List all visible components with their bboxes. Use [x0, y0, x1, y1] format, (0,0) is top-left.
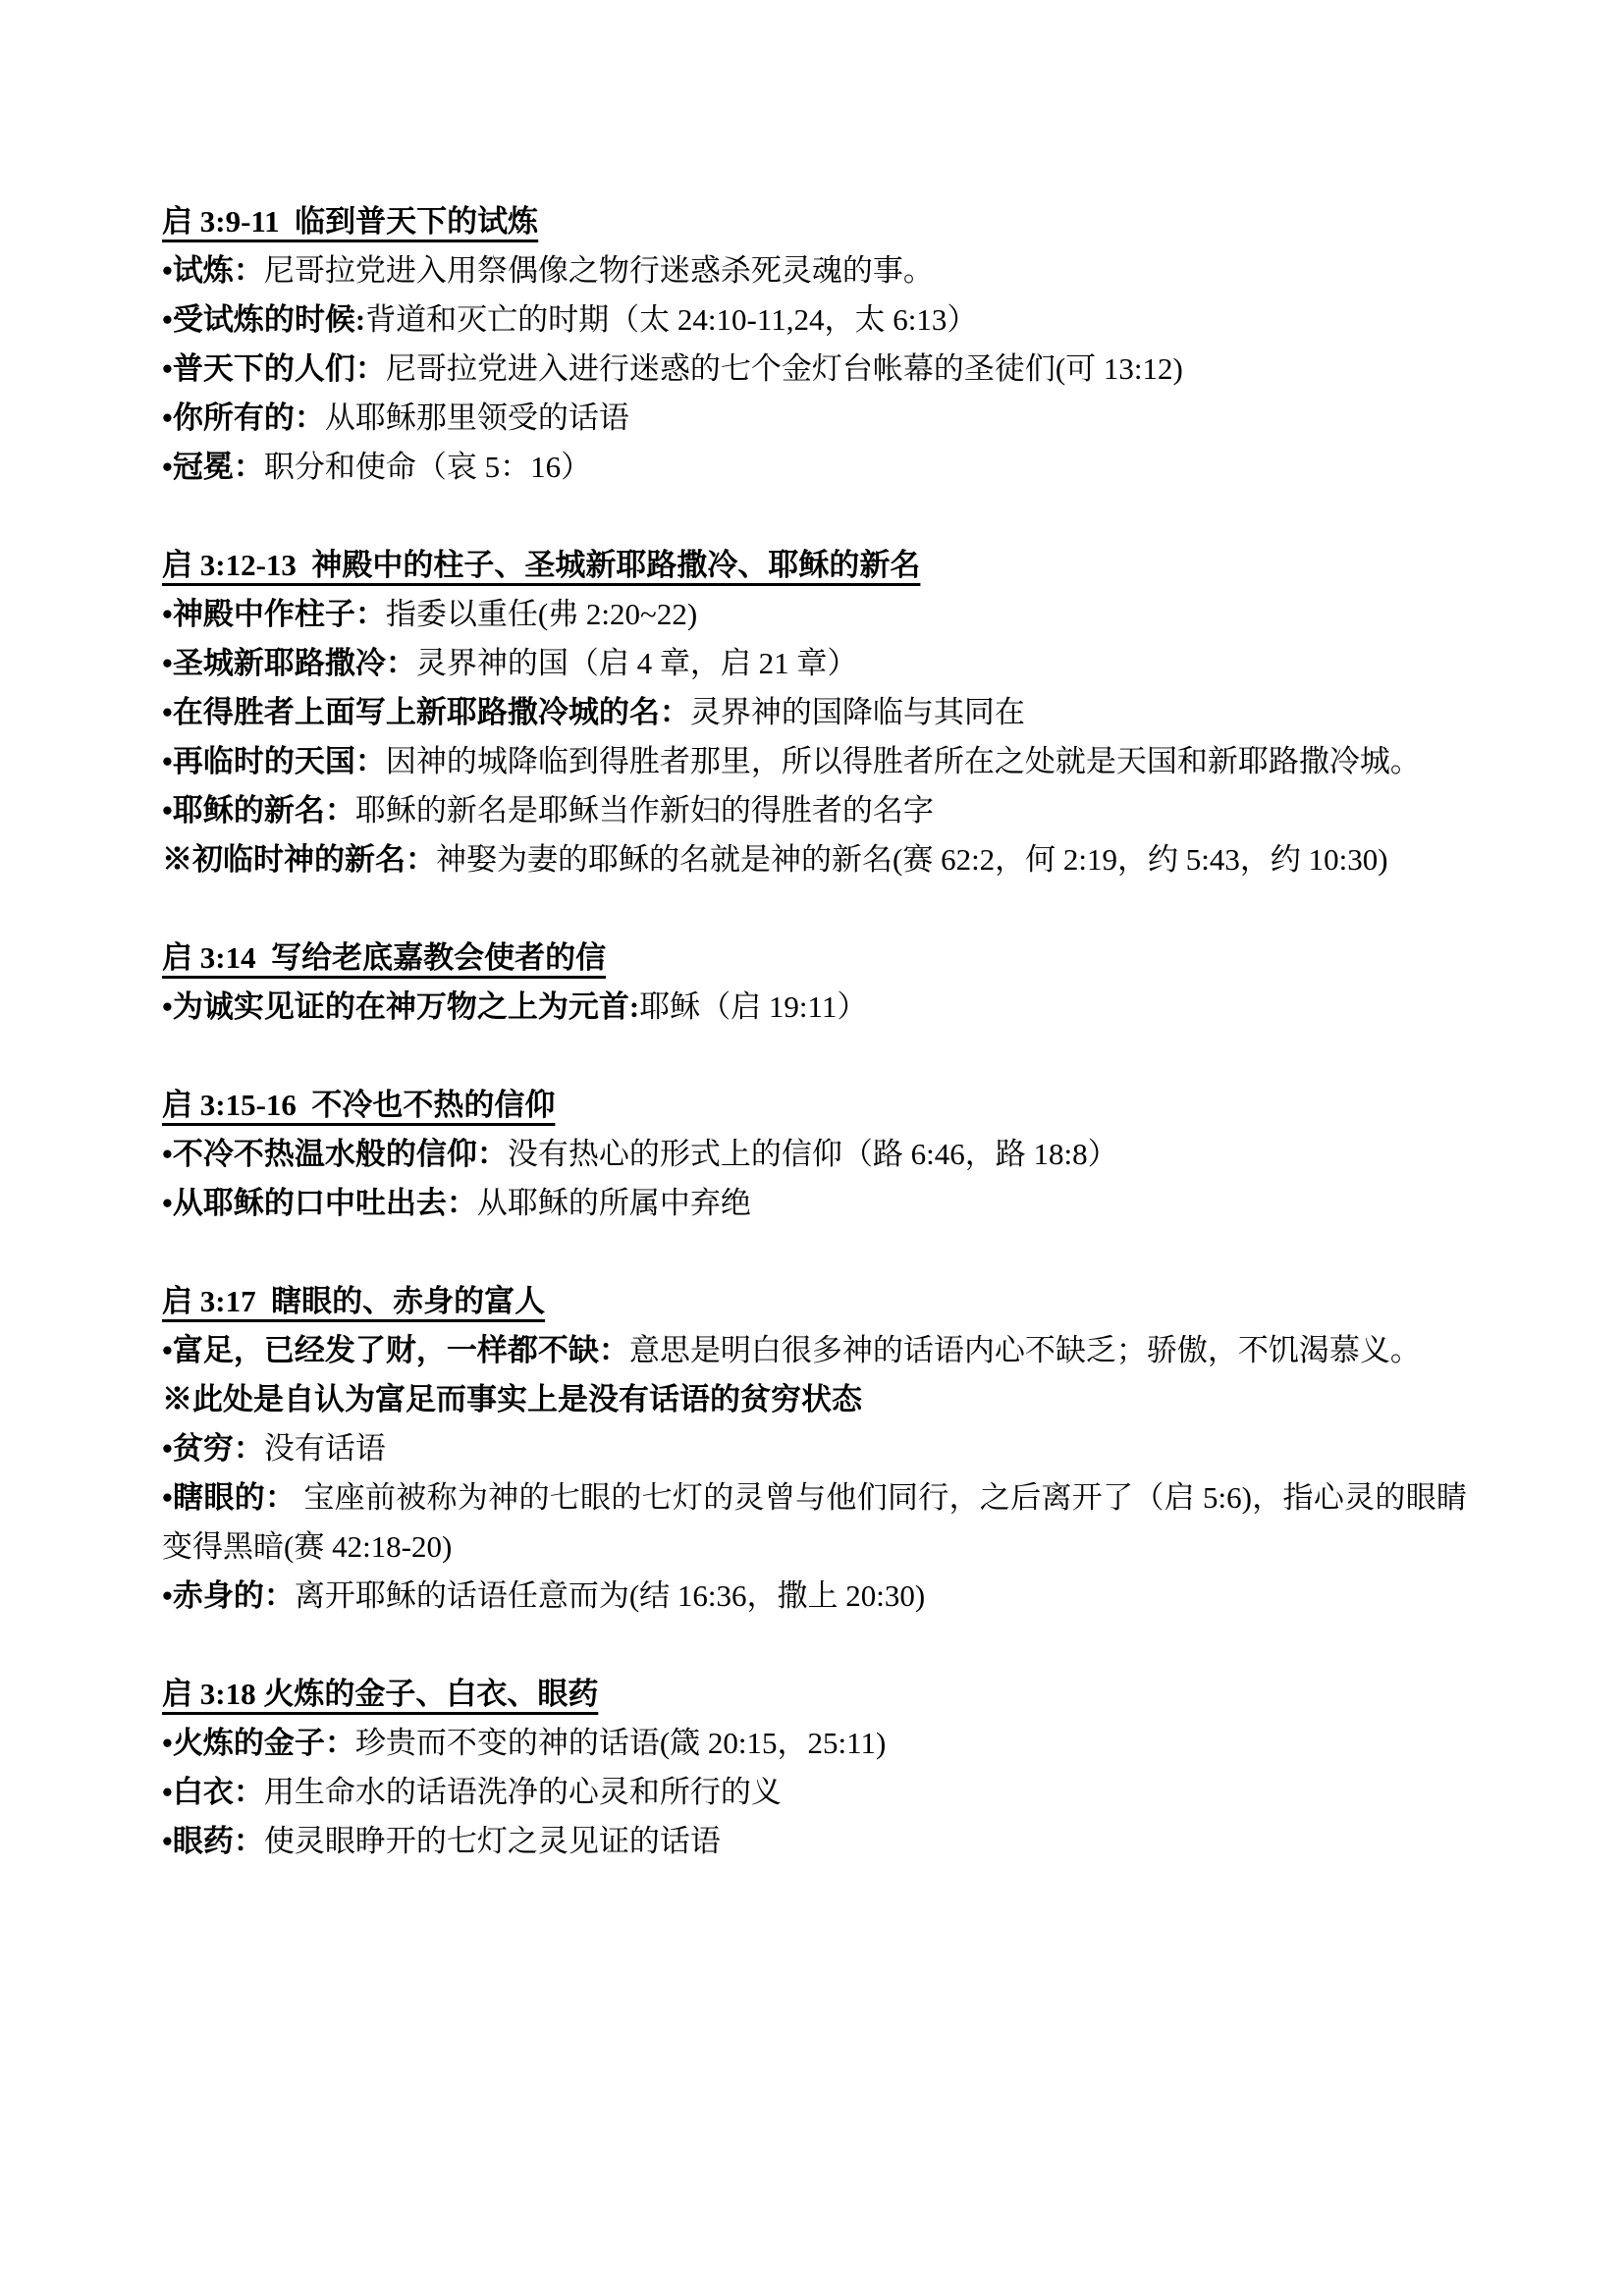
- bullet-line: •冠冕：职分和使命（哀 5：16）: [162, 443, 1467, 492]
- definition-text: 从耶稣那里领受的话语: [325, 400, 629, 435]
- term-label: ※此处是自认为富足而事实上是没有话语的贫穷状态: [162, 1382, 862, 1416]
- bullet-line: •眼药：使灵眼睁开的七灯之灵见证的话语: [162, 1817, 1467, 1866]
- definition-text: 灵界神的国降临与其同在: [690, 695, 1025, 729]
- definition-text: 尼哥拉党进入进行迷惑的七个金灯台帐幕的圣徒们(可 13:12): [386, 351, 1183, 386]
- note-line: ※此处是自认为富足而事实上是没有话语的贫穷状态: [162, 1375, 1467, 1424]
- term-label: •白衣：: [162, 1775, 264, 1809]
- bullet-line: •神殿中作柱子：指委以重任(弗 2:20~22): [162, 590, 1467, 639]
- definition-text: 背道和灭亡的时期（太 24:10-11,24，太 6:13）: [365, 302, 977, 337]
- definition-text: 意思是明白很多神的话语内心不缺乏；骄傲，不饥渴慕义。: [629, 1333, 1421, 1367]
- term-label: •为诚实见证的在神万物之上为元首:: [162, 989, 639, 1024]
- section-heading: 启 3:17 瞎眼的、赤身的富人: [162, 1277, 1467, 1326]
- term-label: •在得胜者上面写上新耶路撒冷城的名：: [162, 695, 690, 729]
- bullet-line: •火炼的金子：珍贵而不变的神的话语(箴 20:15，25:11): [162, 1719, 1467, 1768]
- term-label: •你所有的：: [162, 400, 325, 435]
- bullet-line: •试炼：尼哥拉党进入用祭偶像之物行迷惑杀死灵魂的事。: [162, 246, 1467, 295]
- scripture-section: 启 3:15-16 不冷也不热的信仰•不冷不热温水般的信仰：没有热心的形式上的信…: [162, 1081, 1467, 1228]
- term-label: •从耶稣的口中吐出去：: [162, 1186, 477, 1220]
- document-page: 启 3:9-11 临到普天下的试炼•试炼：尼哥拉党进入用祭偶像之物行迷惑杀死灵魂…: [0, 0, 1624, 2296]
- definition-text: 没有话语: [264, 1431, 386, 1466]
- definition-text: 珍贵而不变的神的话语(箴 20:15，25:11): [355, 1726, 886, 1760]
- bullet-line: •你所有的：从耶稣那里领受的话语: [162, 394, 1467, 443]
- scripture-section: 启 3:12-13 神殿中的柱子、圣城新耶路撒冷、耶稣的新名•神殿中作柱子：指委…: [162, 541, 1467, 884]
- bullet-line: •赤身的：离开耶稣的话语任意而为(结 16:36，撒上 20:30): [162, 1572, 1467, 1621]
- term-label: •富足，已经发了财，一样都不缺：: [162, 1333, 629, 1367]
- document-content: 启 3:9-11 临到普天下的试炼•试炼：尼哥拉党进入用祭偶像之物行迷惑杀死灵魂…: [162, 197, 1467, 1866]
- term-label: •火炼的金子：: [162, 1726, 355, 1760]
- scripture-section: 启 3:17 瞎眼的、赤身的富人•富足，已经发了财，一样都不缺：意思是明白很多神…: [162, 1277, 1467, 1621]
- definition-text: 尼哥拉党进入用祭偶像之物行迷惑杀死灵魂的事。: [264, 253, 934, 288]
- scripture-section: 启 3:14 写给老底嘉教会使者的信•为诚实见证的在神万物之上为元首:耶稣（启 …: [162, 934, 1467, 1032]
- definition-text: 指委以重任(弗 2:20~22): [386, 597, 697, 631]
- definition-text: 职分和使命（哀 5：16）: [264, 450, 591, 484]
- section-heading: 启 3:18 火炼的金子、白衣、眼药: [162, 1670, 1467, 1719]
- bullet-line: •在得胜者上面写上新耶路撒冷城的名：灵界神的国降临与其同在: [162, 688, 1467, 737]
- term-label: •试炼：: [162, 253, 264, 288]
- definition-text: 神娶为妻的耶稣的名就是神的新名(赛 62:2，何 2:19，约 5:43，约 1…: [436, 842, 1388, 877]
- bullet-line: •瞎眼的： 宝座前被称为神的七眼的七灯的灵曾与他们同行，之后离开了（启 5:6)…: [162, 1473, 1467, 1572]
- term-label: •贫穷：: [162, 1431, 264, 1466]
- bullet-line: •再临时的天国：因神的城降临到得胜者那里，所以得胜者所在之处就是天国和新耶路撒冷…: [162, 737, 1467, 786]
- term-label: •普天下的人们：: [162, 351, 386, 386]
- section-heading: 启 3:15-16 不冷也不热的信仰: [162, 1081, 1467, 1130]
- bullet-line: •普天下的人们：尼哥拉党进入进行迷惑的七个金灯台帐幕的圣徒们(可 13:12): [162, 345, 1467, 394]
- bullet-line: •耶稣的新名：耶稣的新名是耶稣当作新妇的得胜者的名字: [162, 786, 1467, 835]
- section-heading: 启 3:14 写给老底嘉教会使者的信: [162, 934, 1467, 983]
- term-label: •眼药：: [162, 1824, 264, 1858]
- note-line: ※初临时神的新名：神娶为妻的耶稣的名就是神的新名(赛 62:2，何 2:19，约…: [162, 835, 1467, 884]
- definition-text: 宝座前被称为神的七眼的七灯的灵曾与他们同行，之后离开了（启 5:6)，指心灵的眼…: [162, 1480, 1467, 1564]
- term-label: ※初临时神的新名：: [162, 842, 436, 877]
- term-label: •冠冕：: [162, 450, 264, 484]
- term-label: •瞎眼的：: [162, 1480, 296, 1515]
- bullet-line: •受试炼的时候:背道和灭亡的时期（太 24:10-11,24，太 6:13）: [162, 295, 1467, 345]
- definition-text: 使灵眼睁开的七灯之灵见证的话语: [264, 1824, 721, 1858]
- section-heading: 启 3:12-13 神殿中的柱子、圣城新耶路撒冷、耶稣的新名: [162, 541, 1467, 590]
- term-label: •圣城新耶路撒冷：: [162, 646, 416, 680]
- term-label: •神殿中作柱子：: [162, 597, 386, 631]
- section-heading: 启 3:9-11 临到普天下的试炼: [162, 197, 1467, 246]
- bullet-line: •为诚实见证的在神万物之上为元首:耶稣（启 19:11）: [162, 983, 1467, 1032]
- bullet-line: •白衣：用生命水的话语洗净的心灵和所行的义: [162, 1768, 1467, 1817]
- definition-text: 从耶稣的所属中弃绝: [477, 1186, 751, 1220]
- definition-text: 耶稣（启 19:11）: [639, 989, 867, 1024]
- bullet-line: •贫穷：没有话语: [162, 1424, 1467, 1473]
- scripture-section: 启 3:18 火炼的金子、白衣、眼药•火炼的金子：珍贵而不变的神的话语(箴 20…: [162, 1670, 1467, 1866]
- term-label: •不冷不热温水般的信仰：: [162, 1137, 508, 1171]
- definition-text: 离开耶稣的话语任意而为(结 16:36，撒上 20:30): [295, 1578, 925, 1613]
- term-label: •耶稣的新名：: [162, 793, 355, 828]
- definition-text: 因神的城降临到得胜者那里，所以得胜者所在之处就是天国和新耶路撒冷城。: [386, 744, 1421, 778]
- bullet-line: •富足，已经发了财，一样都不缺：意思是明白很多神的话语内心不缺乏；骄傲，不饥渴慕…: [162, 1326, 1467, 1375]
- definition-text: 用生命水的话语洗净的心灵和所行的义: [264, 1775, 782, 1809]
- bullet-line: •不冷不热温水般的信仰：没有热心的形式上的信仰（路 6:46，路 18:8）: [162, 1130, 1467, 1179]
- term-label: •赤身的：: [162, 1578, 295, 1613]
- term-label: •再临时的天国：: [162, 744, 386, 778]
- bullet-line: •圣城新耶路撒冷：灵界神的国（启 4 章，启 21 章）: [162, 639, 1467, 688]
- bullet-line: •从耶稣的口中吐出去：从耶稣的所属中弃绝: [162, 1179, 1467, 1228]
- scripture-section: 启 3:9-11 临到普天下的试炼•试炼：尼哥拉党进入用祭偶像之物行迷惑杀死灵魂…: [162, 197, 1467, 492]
- definition-text: 灵界神的国（启 4 章，启 21 章）: [416, 646, 858, 680]
- definition-text: 没有热心的形式上的信仰（路 6:46，路 18:8）: [508, 1137, 1118, 1171]
- term-label: •受试炼的时候:: [162, 302, 365, 337]
- definition-text: 耶稣的新名是耶稣当作新妇的得胜者的名字: [355, 793, 934, 828]
